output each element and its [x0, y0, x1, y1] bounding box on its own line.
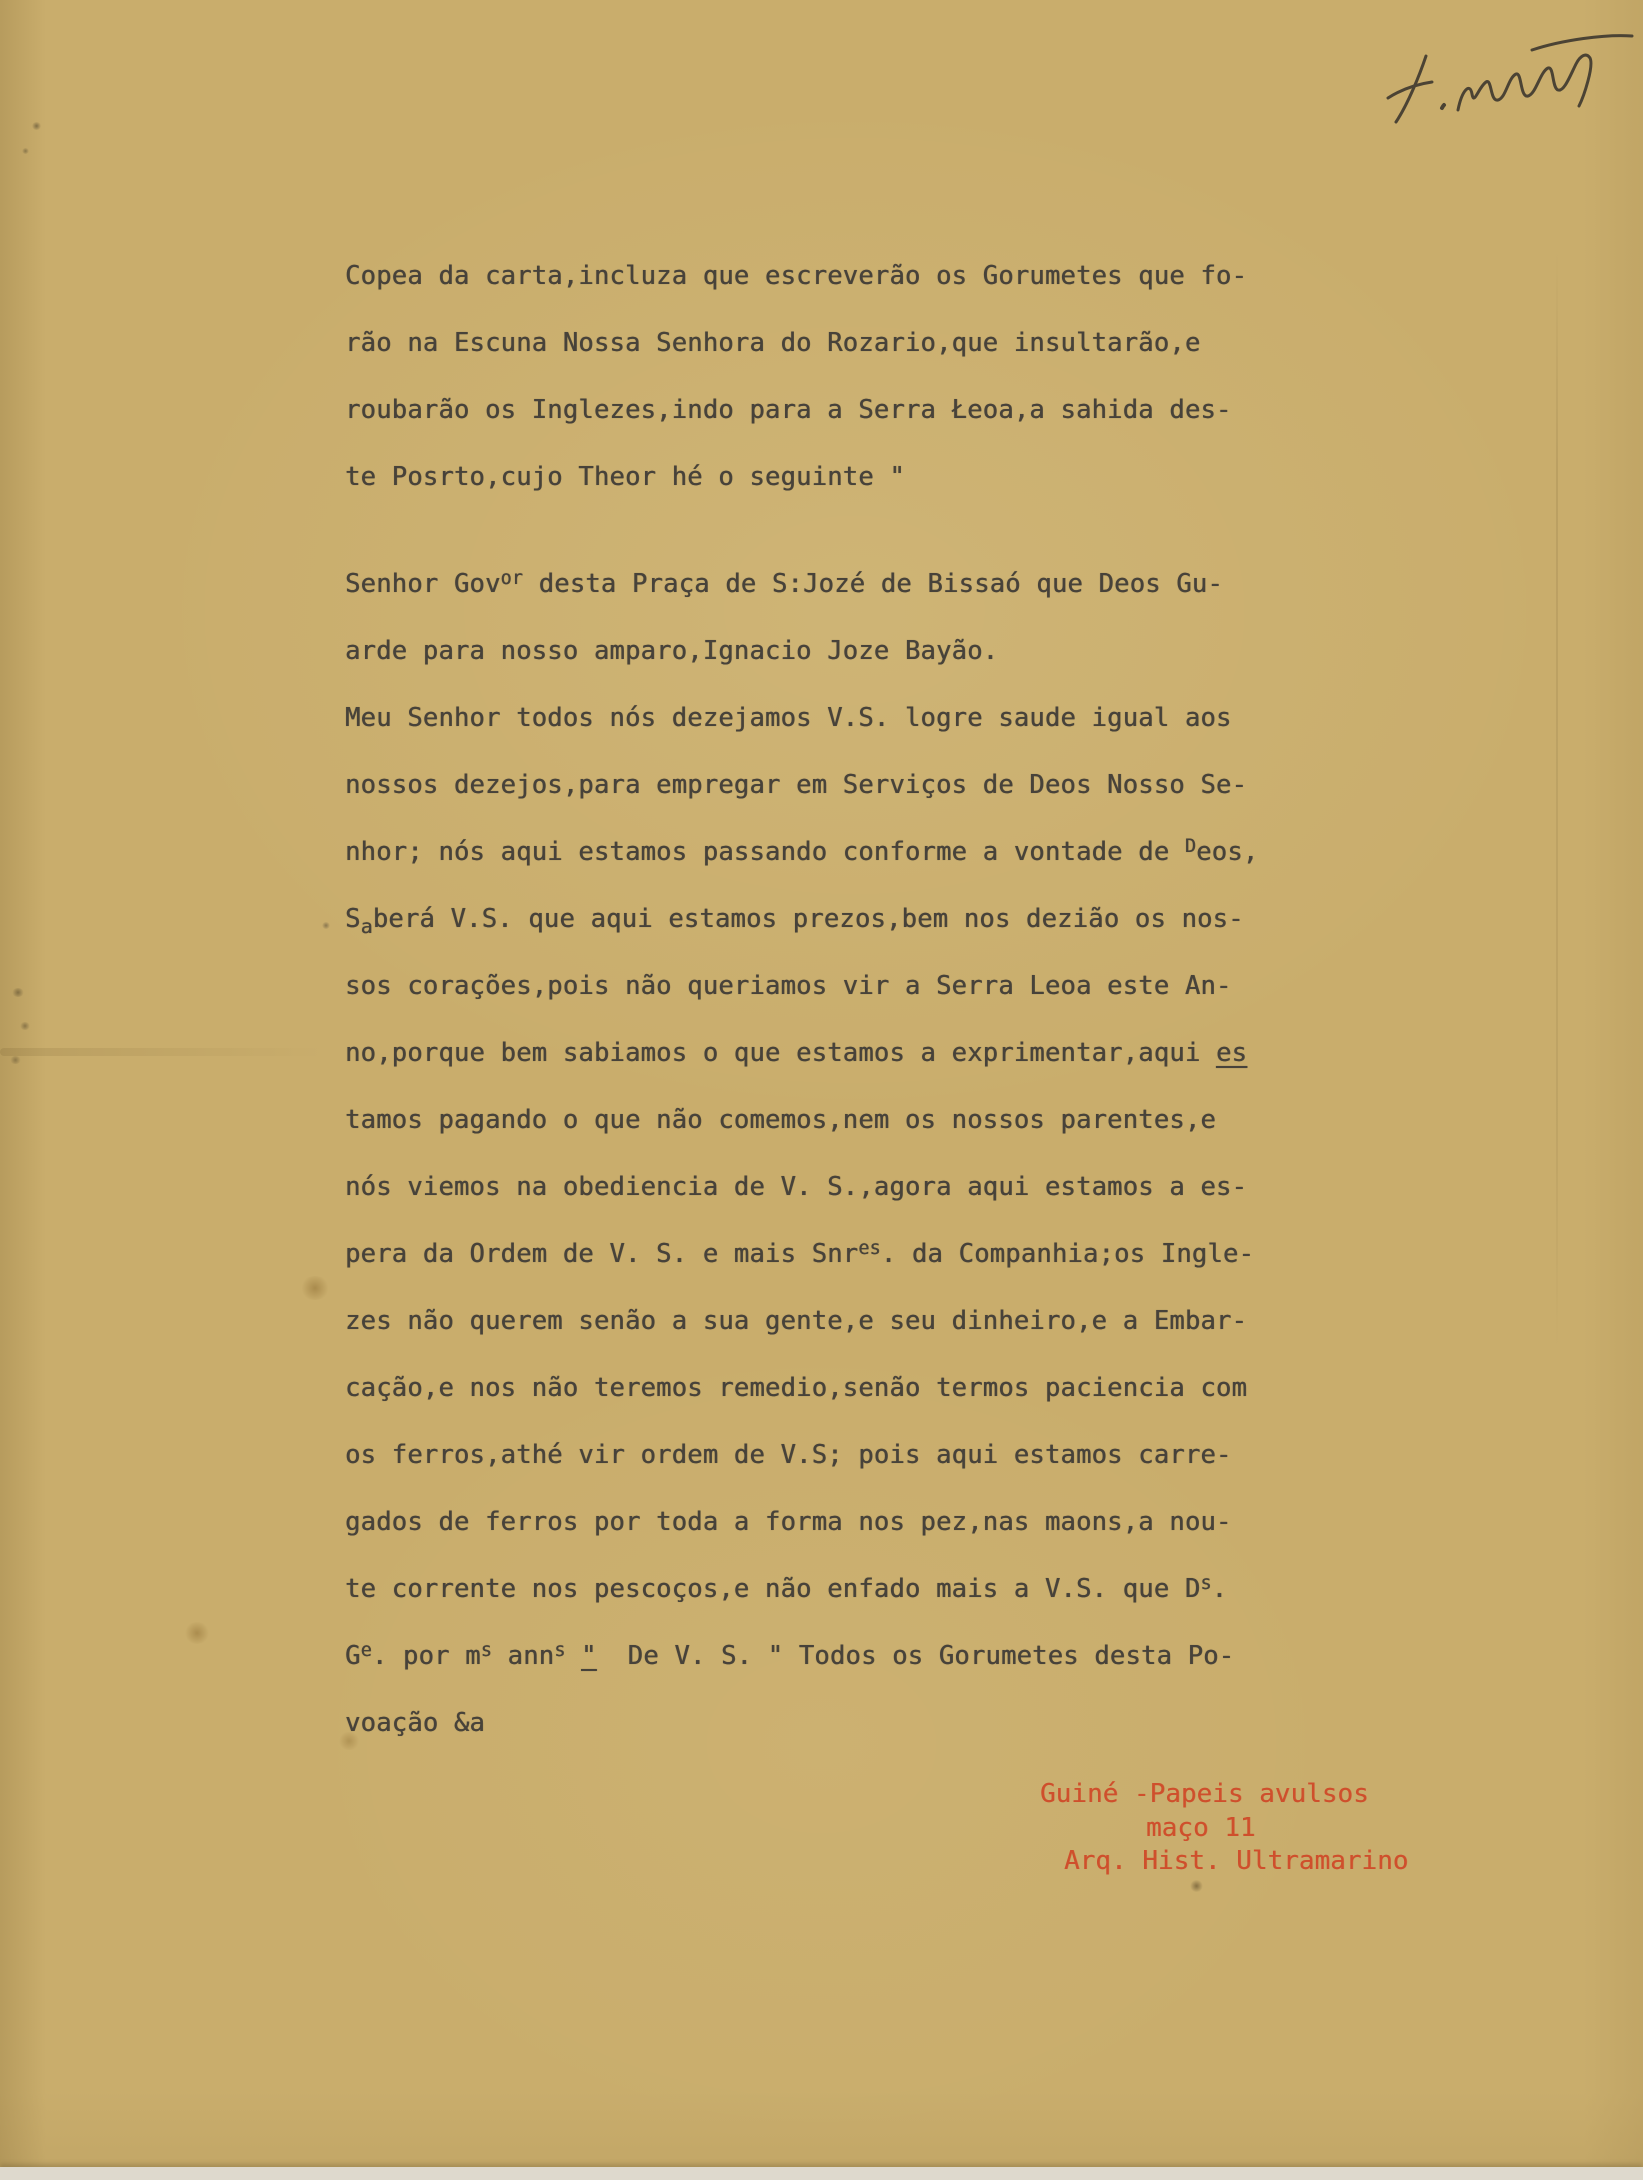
text-line: Senhor Govor desta Praça de S:Jozé de Bi… — [345, 551, 1305, 618]
text-line: sos corações,pois não queriamos vir a Se… — [345, 953, 1305, 1020]
stamp-line-fund: Guiné -Papeis avulsos — [1040, 1778, 1408, 1812]
text-line: pera da Ordem de V. S. e mais Snres. da … — [345, 1221, 1305, 1288]
paper-stain — [184, 1622, 210, 1644]
text-line: gados de ferros por toda a forma nos pez… — [345, 1489, 1305, 1556]
text-line: Meu Senhor todos nós dezejamos V.S. logr… — [345, 685, 1305, 752]
text-line: nhor; nós aqui estamos passando conforme… — [345, 819, 1305, 886]
text-line: Saberá V.S. que aqui estamos prezos,bem … — [345, 886, 1305, 953]
paper-crease — [1556, 250, 1558, 1350]
text-line: nossos dezejos,para empregar em Serviços… — [345, 752, 1305, 819]
text-line: te Posrto,cujo Theor hé o seguinte " — [345, 444, 1305, 511]
text-line: no,porque bem sabiamos o que estamos a e… — [345, 1020, 1305, 1087]
paragraph: Copea da carta,incluza que escreverão os… — [345, 243, 1305, 511]
typed-stray-dot — [322, 922, 330, 929]
paper-fold-crease — [0, 1048, 360, 1056]
text-line: te corrente nos pescoços,e não enfado ma… — [345, 1556, 1305, 1623]
text-line: Ge. por ms anns " De V. S. " Todos os Go… — [345, 1623, 1305, 1690]
paper-speck — [12, 988, 24, 997]
paper-speck — [22, 148, 29, 154]
text-line: zes não querem senão a sua gente,e seu d… — [345, 1288, 1305, 1355]
paper-speck — [20, 1022, 30, 1030]
paper-speck — [1190, 1880, 1203, 1892]
text-line: os ferros,athé vir ordem de V.S; pois aq… — [345, 1422, 1305, 1489]
scan-edge — [0, 2167, 1643, 2180]
paper-speck — [10, 1056, 21, 1064]
text-line: roubarão os Inglezes,indo para a Serra Ł… — [345, 377, 1305, 444]
text-line: Copea da carta,incluza que escreverão os… — [345, 243, 1305, 310]
text-line: cação,e nos não teremos remedio,senão te… — [345, 1355, 1305, 1422]
paper-stain — [300, 1276, 330, 1300]
paper-speck — [32, 122, 41, 130]
text-line: nós viemos na obediencia de V. S.,agora … — [345, 1154, 1305, 1221]
scanned-letter-page: Copea da carta,incluza que escreverão os… — [0, 0, 1643, 2180]
stamp-line-archive: Arq. Hist. Ultramarino — [1064, 1845, 1408, 1879]
text-line: rão na Escuna Nossa Senhora do Rozario,q… — [345, 310, 1305, 377]
text-line: arde para nosso amparo,Ignacio Joze Bayã… — [345, 618, 1305, 685]
archive-stamp: Guiné -Papeis avulsos maço 11 Arq. Hist.… — [1040, 1778, 1408, 1879]
letter-body: Copea da carta,incluza que escreverão os… — [345, 243, 1305, 1757]
handwritten-signature — [1382, 26, 1638, 130]
stamp-line-bundle: maço 11 — [1146, 1812, 1408, 1846]
text-line: tamos pagando o que não comemos,nem os n… — [345, 1087, 1305, 1154]
paragraph: Senhor Govor desta Praça de S:Jozé de Bi… — [345, 551, 1305, 1757]
text-line: voação &a — [345, 1690, 1305, 1757]
